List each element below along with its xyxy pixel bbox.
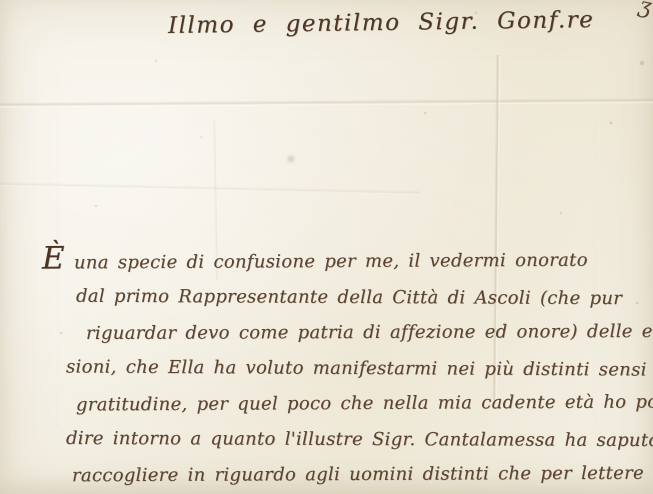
letter-line: sioni, che Ella ha voluto manifestarmi n…	[66, 349, 647, 388]
letter-salutation: Illmo e gentilmo Sigr. Gonf.re	[168, 7, 595, 39]
letter-page: Illmo e gentilmo Sigr. Gonf.re ʒ È una s…	[0, 0, 653, 494]
letter-line: gratitudine, per quel poco che nella mia…	[76, 385, 647, 423]
horizontal-fold-crease	[0, 98, 653, 109]
letter-line: È una specie di confusione per me, il ve…	[42, 238, 647, 281]
letter-line: dal primo Rappresentante della Città di …	[76, 278, 647, 316]
letter-line: raccogliere in riguardo agli uomini dist…	[72, 456, 647, 494]
letter-body: È una specie di confusione per me, il ve…	[42, 240, 647, 493]
horizontal-fold-crease-2	[0, 182, 420, 196]
corner-flourish-mark: ʒ	[636, 0, 653, 20]
letter-line: riguardar devo come patria di affezione …	[86, 314, 647, 351]
paper-speckles	[0, 0, 2, 2]
letter-line: dire intorno a quanto l'illustre Sigr. C…	[66, 420, 647, 458]
